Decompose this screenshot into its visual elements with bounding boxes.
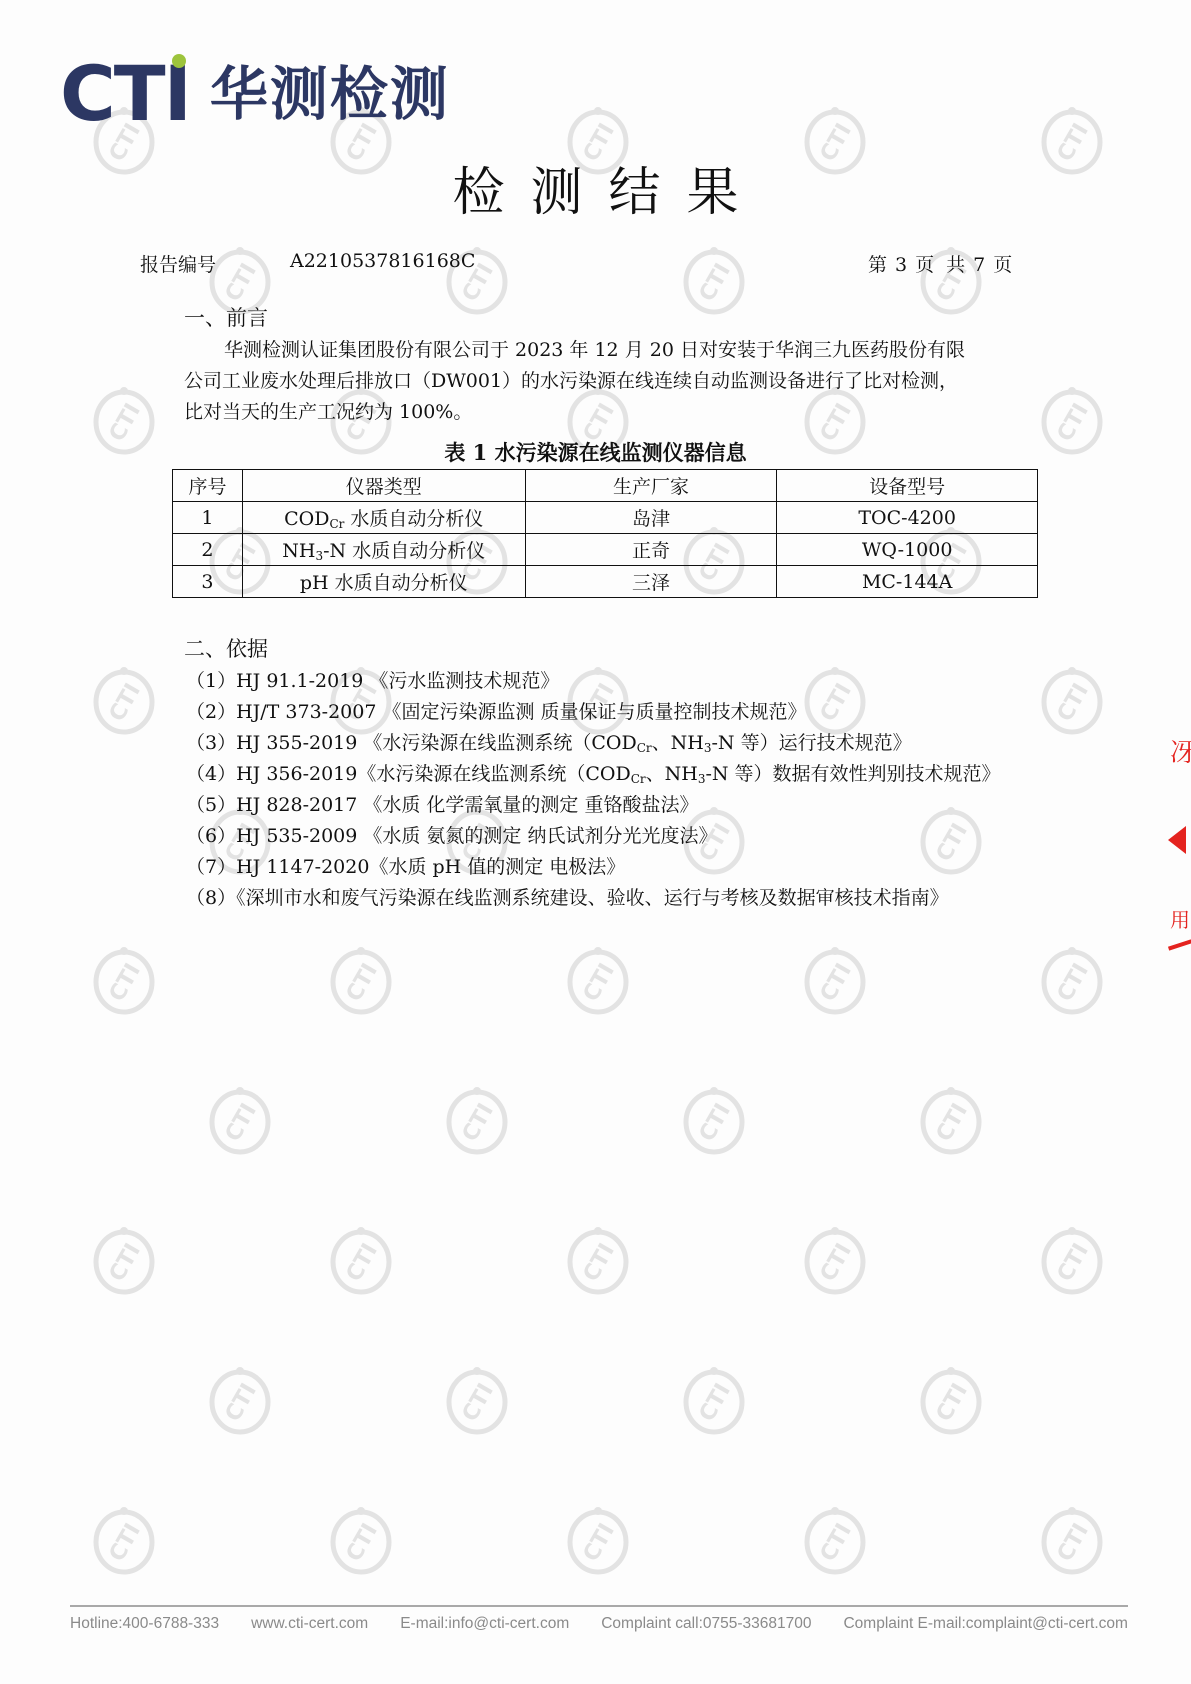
cell-no: 3 <box>173 566 243 598</box>
cell-no: 2 <box>173 534 243 566</box>
table-row: 2 NH3-N 水质自动分析仪 正奇 WQ-1000 <box>173 534 1038 566</box>
page-total: 7 <box>973 254 985 276</box>
footer-divider <box>70 1605 1128 1607</box>
footer-email[interactable]: E-mail:info@cti-cert.com <box>400 1615 569 1633</box>
reference-item-3: （3）HJ 355-2019 《水污染源在线监测系统（CODCr、NH3-N 等… <box>186 728 912 755</box>
reference-item-4: （4）HJ 356-2019《水污染源在线监测系统（CODCr、NH3-N 等）… <box>186 759 1001 786</box>
company-logo: CTI 华测检测 <box>60 48 450 130</box>
cell-type: CODCr 水质自动分析仪 <box>242 502 525 534</box>
col-header-no: 序号 <box>173 470 243 502</box>
preface-line-1: 华测检测认证集团股份有限公司于 2023 年 12 月 20 日对安装于华润三九… <box>224 335 965 362</box>
table-header-row: 序号 仪器类型 生产厂家 设备型号 <box>173 470 1038 502</box>
cell-model: MC-144A <box>777 566 1038 598</box>
cell-maker: 岛津 <box>525 502 777 534</box>
logo-chinese: 华测检测 <box>210 58 450 130</box>
document-page: CTI 华测检测 检测结果 报告编号 A2210537816168C 第3页 共… <box>0 0 1191 1684</box>
page-suffix: 页 <box>993 254 1012 276</box>
page-indicator: 第3页 共7页 <box>868 250 1020 277</box>
cell-model: WQ-1000 <box>777 534 1038 566</box>
preface-line-3: 比对当天的生产工况约为 100%。 <box>184 397 472 424</box>
col-header-maker: 生产厂家 <box>525 470 777 502</box>
instrument-table: 序号 仪器类型 生产厂家 设备型号 1 CODCr 水质自动分析仪 岛津 TOC… <box>172 469 1038 598</box>
footer-contact-bar: Hotline:400-6788-333 www.cti-cert.com E-… <box>70 1615 1128 1633</box>
page-title: 检测结果 <box>0 150 1191 225</box>
logo-dot-icon <box>172 54 186 68</box>
reference-item-1: （1）HJ 91.1-2019 《污水监测技术规范》 <box>186 666 559 693</box>
report-number: A2210537816168C <box>290 250 475 272</box>
reference-item-6: （6）HJ 535-2009 《水质 氨氮的测定 纳氏试剂分光光度法》 <box>186 821 717 848</box>
logo-latin: CTI <box>60 58 190 130</box>
section-heading-preface: 一、前言 <box>184 302 268 332</box>
reference-item-7: （7）HJ 1147-2020《水质 pH 值的测定 电极法》 <box>186 852 625 879</box>
footer-website[interactable]: www.cti-cert.com <box>251 1615 368 1633</box>
table-row: 3 pH 水质自动分析仪 三泽 MC-144A <box>173 566 1038 598</box>
col-header-type: 仪器类型 <box>242 470 525 502</box>
section-heading-basis: 二、依据 <box>184 633 268 663</box>
preface-line-2: 公司工业废水处理后排放口（DW001）的水污染源在线连续自动监测设备进行了比对检… <box>184 366 958 393</box>
page-mid: 页 共 <box>915 254 965 276</box>
reference-item-5: （5）HJ 828-2017 《水质 化学需氧量的测定 重铬酸盐法》 <box>186 790 698 817</box>
reference-item-2: （2）HJ/T 373-2007 《固定污染源监测 质量保证与质量控制技术规范》 <box>186 697 807 724</box>
cell-maker: 正奇 <box>525 534 777 566</box>
reference-item-8: （8）《深圳市水和废气污染源在线监测系统建设、验收、运行与考核及数据审核技术指南… <box>186 883 949 910</box>
cell-no: 1 <box>173 502 243 534</box>
cell-maker: 三泽 <box>525 566 777 598</box>
cell-type: pH 水质自动分析仪 <box>242 566 525 598</box>
cell-model: TOC-4200 <box>777 502 1038 534</box>
cell-type: NH3-N 水质自动分析仪 <box>242 534 525 566</box>
footer-complaint-call: Complaint call:0755-33681700 <box>601 1615 811 1633</box>
page-prefix: 第 <box>868 254 887 276</box>
footer-complaint-email[interactable]: Complaint E-mail:complaint@cti-cert.com <box>843 1615 1127 1633</box>
page-current: 3 <box>895 254 907 276</box>
red-seal-stamp-fragment: 冴 用 <box>1168 728 1191 964</box>
footer-hotline: Hotline:400-6788-333 <box>70 1615 219 1633</box>
table-caption: 表 1 水污染源在线监测仪器信息 <box>0 437 1191 467</box>
report-number-label: 报告编号 <box>140 250 216 277</box>
col-header-model: 设备型号 <box>777 470 1038 502</box>
table-row: 1 CODCr 水质自动分析仪 岛津 TOC-4200 <box>173 502 1038 534</box>
